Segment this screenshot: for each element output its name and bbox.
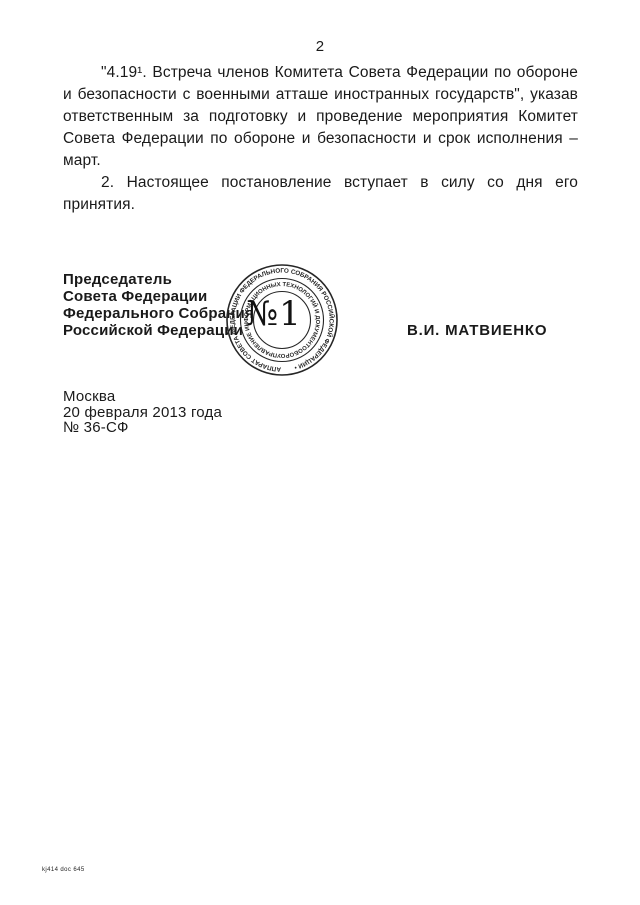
adoption-date: 20 февраля 2013 года <box>63 405 222 421</box>
document-number: № 36-СФ <box>63 420 222 436</box>
document-page: 2 "4.19¹. Встреча членов Комитета Совета… <box>0 0 640 905</box>
paragraph-1: "4.19¹. Встреча членов Комитета Совета Ф… <box>63 62 578 172</box>
document-body: "4.19¹. Встреча членов Комитета Совета Ф… <box>63 62 578 216</box>
page-number: 2 <box>0 38 640 55</box>
place-date-block: Москва 20 февраля 2013 года № 36-СФ <box>63 389 222 436</box>
signer-name: В.И. МАТВИЕНКО <box>407 322 547 339</box>
footer-code: kj414 doc 645 <box>42 867 85 873</box>
city: Москва <box>63 389 222 405</box>
paragraph-2: 2. Настоящее постановление вступает в си… <box>63 172 578 216</box>
copy-number-mark: №1 <box>246 297 302 331</box>
